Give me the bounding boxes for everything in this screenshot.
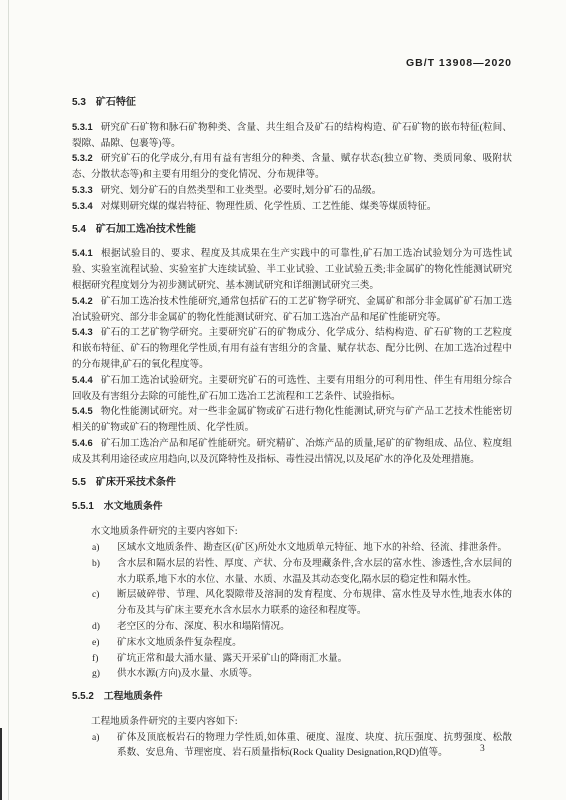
scan-artifact-corner xyxy=(0,728,2,800)
document-page: GB/T 13908—2020 5.3矿石特征 5.3.1研究矿石矿物和脉石矿物… xyxy=(0,0,566,800)
clause-5-3-3: 5.3.3研究、划分矿石的自然类型和工业类型。必要时,划分矿石的品级。 xyxy=(72,183,512,199)
list-item-f: f) 矿坑正常和最大涌水量、露天开采矿山的降雨汇水量。 xyxy=(72,651,512,667)
list-item-marker: a) xyxy=(92,730,117,762)
list-intro: 工程地质条件研究的主要内容如下: xyxy=(72,714,512,730)
clause-text: 研究矿石矿物和脉石矿物种类、含量、共生组合及矿石的结构构造、矿石矿物的嵌布特征(… xyxy=(72,122,512,149)
section-title: 矿床开采技术条件 xyxy=(96,477,176,488)
list-item-marker: e) xyxy=(92,635,117,651)
list-item-marker: b) xyxy=(92,556,117,588)
clause-number: 5.4.5 xyxy=(72,406,93,416)
section-number: 5.3 xyxy=(72,97,86,108)
list-item-e: e) 矿床水文地质条件复杂程度。 xyxy=(72,635,512,651)
document-content: 5.3矿石特征 5.3.1研究矿石矿物和脉石矿物种类、含量、共生组合及矿石的结构… xyxy=(72,88,512,761)
scan-artifact-line xyxy=(8,0,9,800)
section-heading-5-4: 5.4矿石加工选冶技术性能 xyxy=(72,222,512,238)
clause-text: 矿石加工选冶产品和尾矿性能研究。研究精矿、冶炼产品的质量,尾矿的矿物组成、品位、… xyxy=(72,438,512,465)
list-item-text: 老空区的分布、深度、积水和塌陷情况。 xyxy=(117,619,512,635)
clause-text: 矿石的工艺矿物学研究。主要研究矿石的矿物成分、化学成分、结构构造、矿石矿物的工艺… xyxy=(72,327,512,370)
clause-text: 物化性能测试研究。对一些非金属矿物或矿石进行物化性能测试,研究与矿产品工艺技术性… xyxy=(72,406,512,433)
clause-text: 研究矿石的化学成分,有用有益有害组分的种类、含量、赋存状态(独立矿物、类质同象、… xyxy=(72,153,512,180)
section-title: 矿石特征 xyxy=(96,97,136,108)
clause-text: 根据试验目的、要求、程度及其成果在生产实践中的可靠性,矿石加工选冶试验划分为可选… xyxy=(72,248,512,291)
section-heading-5-3: 5.3矿石特征 xyxy=(72,95,512,111)
clause-5-3-1: 5.3.1研究矿石矿物和脉石矿物种类、含量、共生组合及矿石的结构构造、矿石矿物的… xyxy=(72,120,512,152)
section-heading-5-5: 5.5矿床开采技术条件 xyxy=(72,475,512,491)
list-item-a: a) 区域水文地质条件、勘查区(矿区)所处水文地质单元特征、地下水的补给、径流、… xyxy=(72,540,512,556)
list-item-marker: c) xyxy=(92,587,117,619)
clause-5-4-4: 5.4.4矿石加工选冶试验研究。主要研究矿石的可选性、主要有用组分的可利用性、伴… xyxy=(72,373,512,405)
clause-5-4-1: 5.4.1根据试验目的、要求、程度及其成果在生产实践中的可靠性,矿石加工选冶试验… xyxy=(72,246,512,293)
list-item-text: 断层破碎带、节理、风化裂隙带及溶洞的发育程度、分布规律、富水性及导水性,地表水体… xyxy=(117,587,512,619)
subsection-number: 5.5.2 xyxy=(72,691,94,702)
clause-text: 矿石加工选冶技术性能研究,通常包括矿石的工艺矿物学研究、金属矿和部分非金属矿矿石… xyxy=(72,296,512,323)
list-item-marker: f) xyxy=(92,651,117,667)
clause-5-3-2: 5.3.2研究矿石的化学成分,有用有益有害组分的种类、含量、赋存状态(独立矿物、… xyxy=(72,151,512,183)
list-intro: 水文地质条件研究的主要内容如下: xyxy=(72,524,512,540)
clause-5-3-4: 5.3.4对煤则研究煤的煤岩特征、物理性质、化学性质、工艺性能、煤类等煤质特征。 xyxy=(72,199,512,215)
clause-5-4-2: 5.4.2矿石加工选冶技术性能研究,通常包括矿石的工艺矿物学研究、金属矿和部分非… xyxy=(72,294,512,326)
clause-text: 矿石加工选冶试验研究。主要研究矿石的可选性、主要有用组分的可利用性、伴生有用组分… xyxy=(72,375,512,402)
clause-number: 5.4.2 xyxy=(72,296,93,306)
clause-5-4-5: 5.4.5物化性能测试研究。对一些非金属矿物或矿石进行物化性能测试,研究与矿产品… xyxy=(72,404,512,436)
list-item-text: 矿体及顶底板岩石的物理力学性质,如体重、硬度、湿度、块度、抗压强度、抗剪强度、松… xyxy=(117,730,512,762)
standard-code: GB/T 13908—2020 xyxy=(406,57,512,69)
section-title: 矿石加工选冶技术性能 xyxy=(96,224,196,235)
clause-5-4-3: 5.4.3矿石的工艺矿物学研究。主要研究矿石的矿物成分、化学成分、结构构造、矿石… xyxy=(72,325,512,372)
subsection-heading-5-5-2: 5.5.2工程地质条件 xyxy=(72,689,512,705)
section-number: 5.4 xyxy=(72,224,86,235)
subsection-title: 工程地质条件 xyxy=(104,691,163,702)
list-item-b: b) 含水层和隔水层的岩性、厚度、产状、分布及埋藏条件,含水层的富水性、渗透性,… xyxy=(72,556,512,588)
clause-number: 5.4.4 xyxy=(72,375,93,385)
list-item-c: c) 断层破碎带、节理、风化裂隙带及溶洞的发育程度、分布规律、富水性及导水性,地… xyxy=(72,587,512,619)
subsection-number: 5.5.1 xyxy=(72,501,94,512)
clause-number: 5.3.3 xyxy=(72,185,93,195)
clause-5-4-6: 5.4.6矿石加工选冶产品和尾矿性能研究。研究精矿、冶炼产品的质量,尾矿的矿物组… xyxy=(72,436,512,468)
clause-text: 研究、划分矿石的自然类型和工业类型。必要时,划分矿石的品级。 xyxy=(101,185,382,196)
clause-number: 5.4.6 xyxy=(72,438,93,448)
list-item-a2: a) 矿体及顶底板岩石的物理力学性质,如体重、硬度、湿度、块度、抗压强度、抗剪强… xyxy=(72,730,512,762)
list-item-text: 区域水文地质条件、勘查区(矿区)所处水文地质单元特征、地下水的补给、径流、排泄条… xyxy=(117,540,512,556)
list-item-text: 供水水源(方向)及水量、水质等。 xyxy=(117,666,512,682)
clause-number: 5.3.1 xyxy=(72,122,93,132)
list-item-text: 含水层和隔水层的岩性、厚度、产状、分布及埋藏条件,含水层的富水性、渗透性,含水层… xyxy=(117,556,512,588)
list-item-text: 矿床水文地质条件复杂程度。 xyxy=(117,635,512,651)
list-item-marker: d) xyxy=(92,619,117,635)
clause-number: 5.3.4 xyxy=(72,201,93,211)
list-item-g: g) 供水水源(方向)及水量、水质等。 xyxy=(72,666,512,682)
list-item-text: 矿坑正常和最大涌水量、露天开采矿山的降雨汇水量。 xyxy=(117,651,512,667)
page-number: 3 xyxy=(480,744,485,754)
subsection-heading-5-5-1: 5.5.1水文地质条件 xyxy=(72,499,512,515)
clause-number: 5.4.3 xyxy=(72,327,93,337)
list-item-marker: g) xyxy=(92,666,117,682)
clause-number: 5.3.2 xyxy=(72,153,93,163)
subsection-title: 水文地质条件 xyxy=(104,501,163,512)
clause-text: 对煤则研究煤的煤岩特征、物理性质、化学性质、工艺性能、煤类等煤质特征。 xyxy=(101,201,437,212)
list-item-d: d) 老空区的分布、深度、积水和塌陷情况。 xyxy=(72,619,512,635)
clause-number: 5.4.1 xyxy=(72,248,93,258)
list-item-marker: a) xyxy=(92,540,117,556)
section-number: 5.5 xyxy=(72,477,86,488)
